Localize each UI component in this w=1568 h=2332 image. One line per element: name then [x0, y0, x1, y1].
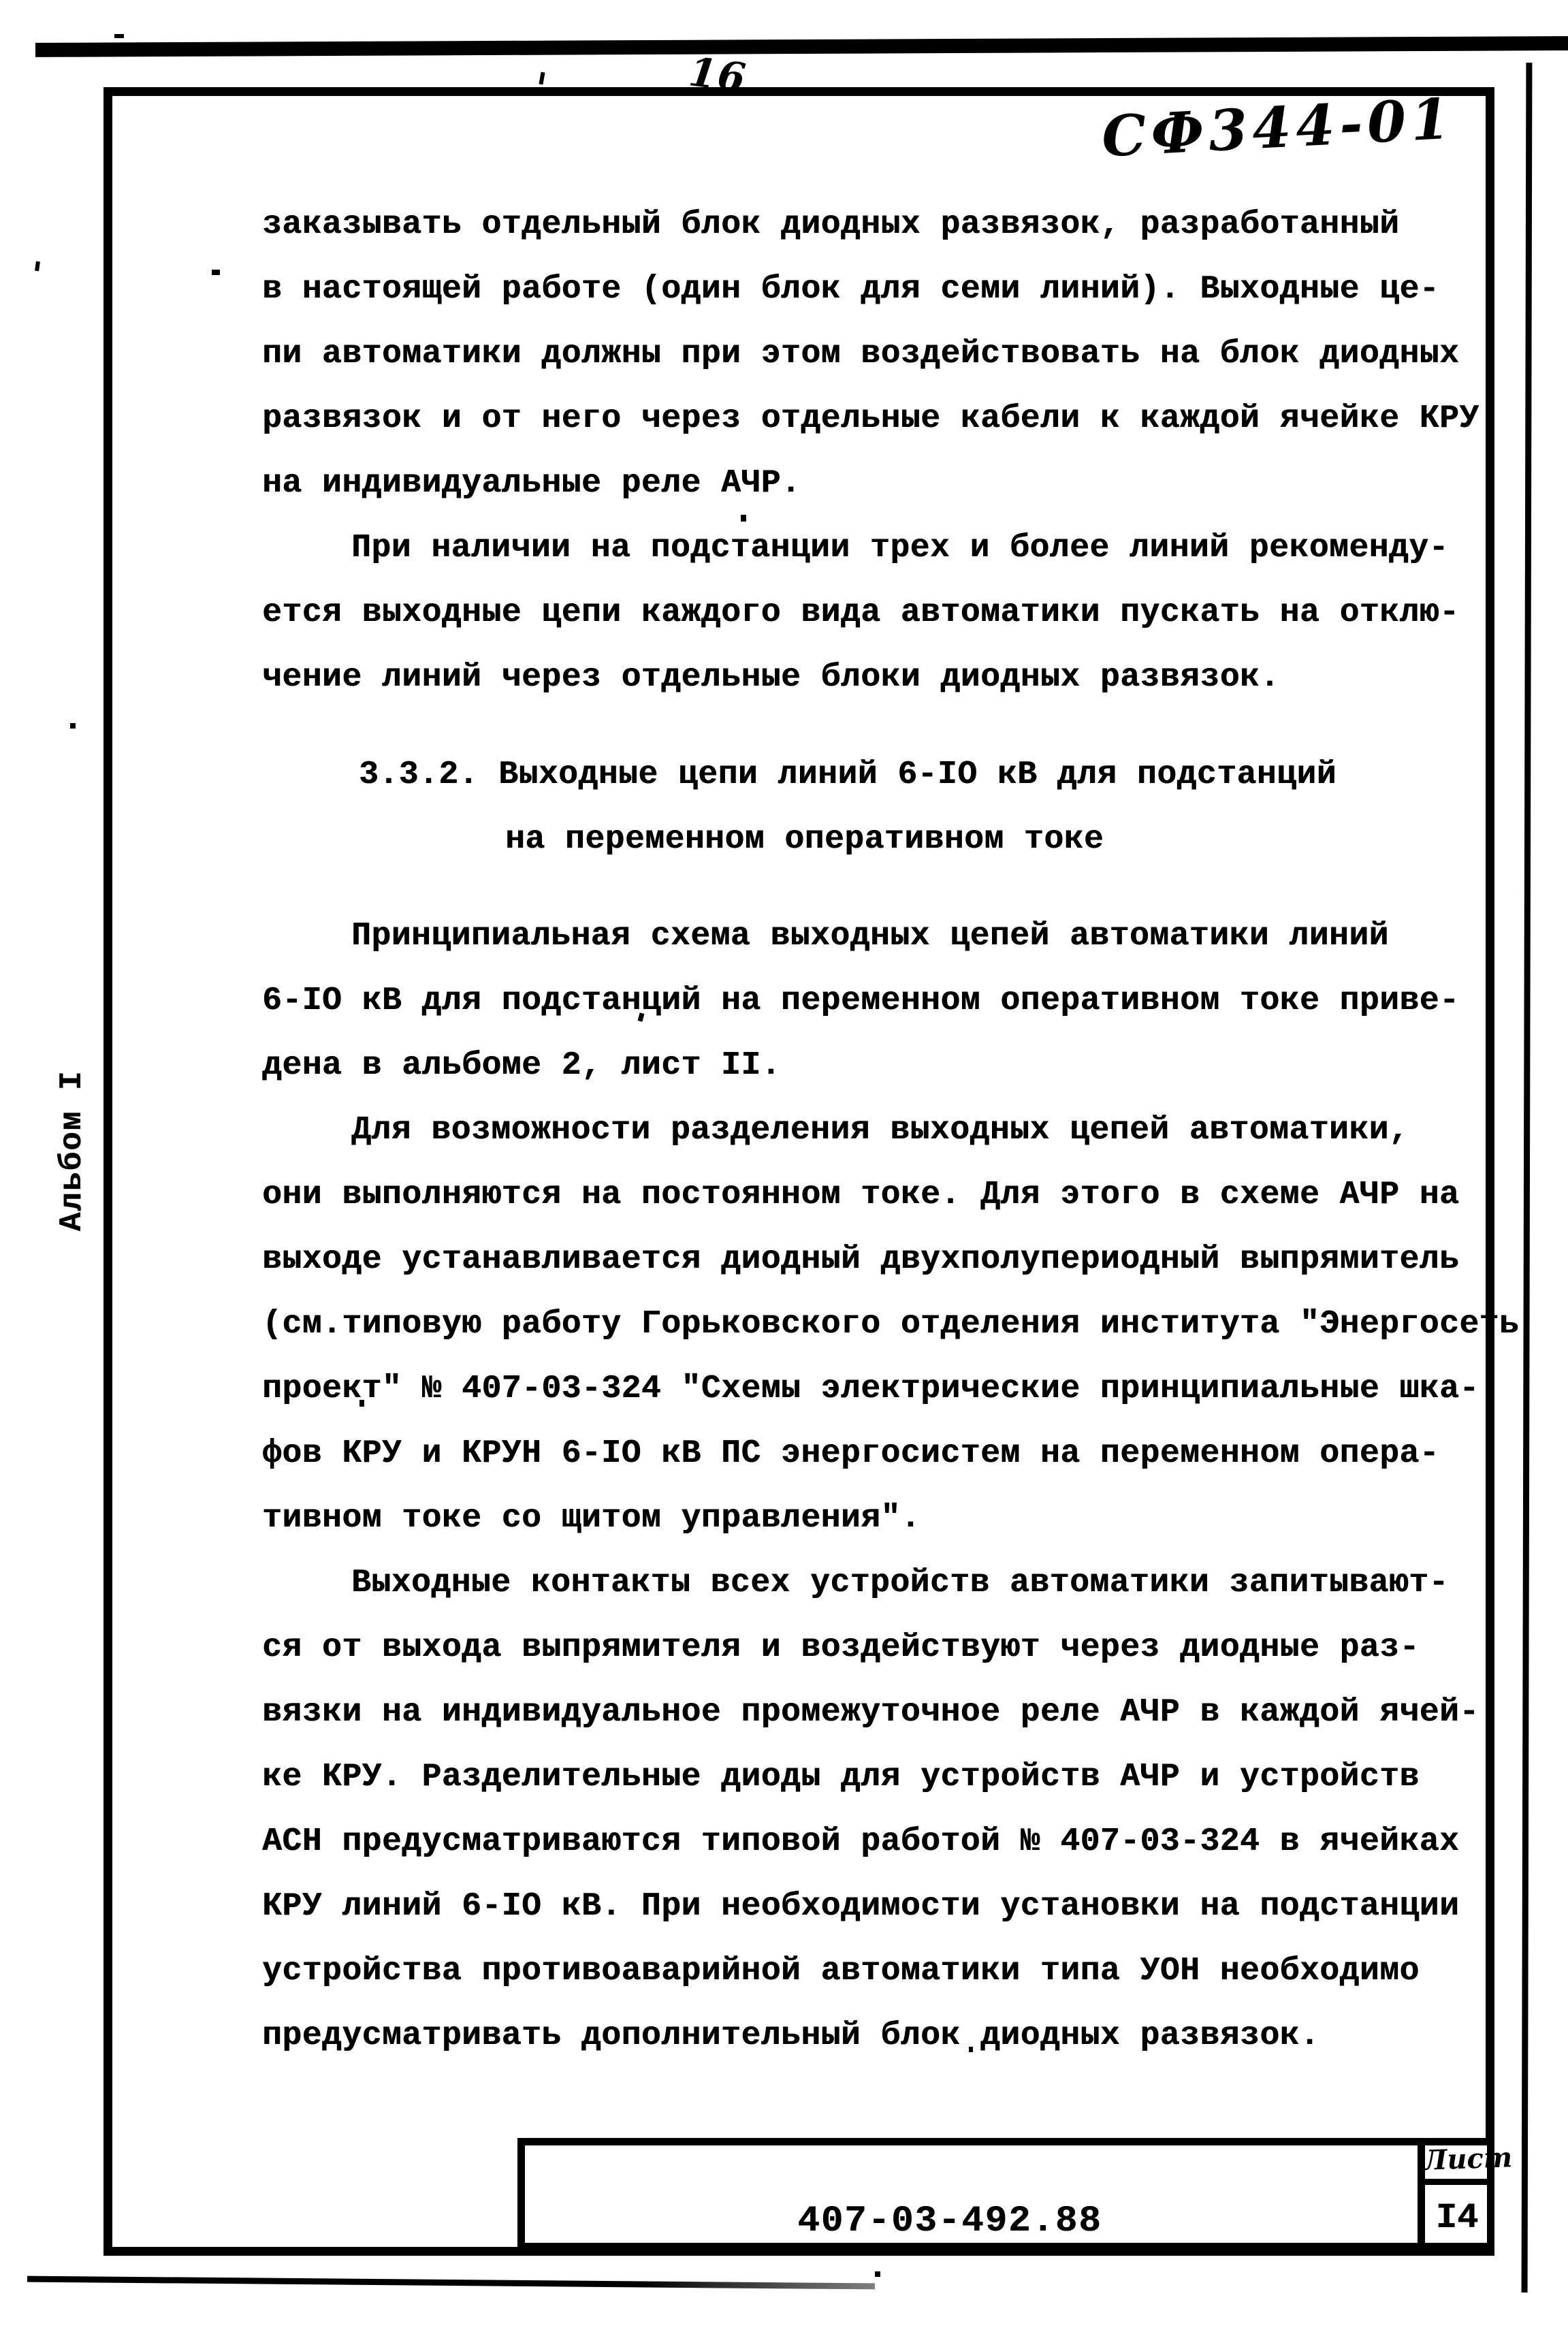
- text-line: в настоящей работе (один блок для семи л…: [262, 270, 1439, 309]
- text-line: Выходные контакты всех устройств автомат…: [351, 1563, 1449, 1603]
- text-line: ется выходные цепи каждого вида автомати…: [262, 593, 1459, 633]
- scan-speck: [114, 34, 124, 38]
- scan-artifact-right-line: [1522, 63, 1533, 2293]
- text-line: ся от выхода выпрямителя и воздействуют …: [262, 1628, 1420, 1667]
- sheet-number: I4: [1423, 2198, 1491, 2238]
- text-line: предусматривать дополнительный блок диод…: [262, 2016, 1319, 2056]
- text-line: заказывать отдельный блок диодных развяз…: [262, 205, 1399, 244]
- text-line: вязки на индивидуальное промежуточное ре…: [262, 1693, 1479, 1732]
- document-number: 407-03-492.88: [783, 2201, 1117, 2242]
- text-line: пи автоматики должны при этом воздейство…: [262, 334, 1459, 374]
- text-line: развязок и от него через отдельные кабел…: [262, 399, 1479, 438]
- text-line: на переменном оперативном токе: [505, 820, 1104, 859]
- text-line: Принципиальная схема выходных цепей авто…: [351, 916, 1389, 956]
- text-line: дена в альбоме 2, лист II.: [262, 1046, 781, 1085]
- text-line: выходе устанавливается диодный двухполуп…: [262, 1240, 1459, 1279]
- text-line: устройства противоаварийной автоматики т…: [262, 1951, 1420, 1991]
- text-line: 6-IO кВ для подстанций на переменном опе…: [262, 981, 1459, 1021]
- text-line: фов КРУ и КРУН 6-IO кВ ПС энергосистем н…: [262, 1434, 1439, 1473]
- text-line: КРУ линий 6-IO кВ. При необходимости уст…: [262, 1887, 1459, 1926]
- scan-speck: [741, 515, 746, 522]
- scanned-document-page: 16 СФ344-01 Альбом I заказывать отдельны…: [0, 0, 1568, 2332]
- text-line: они выполняются на постоянном токе. Для …: [262, 1175, 1459, 1215]
- scan-speck: [875, 2271, 880, 2277]
- scan-speck: [70, 723, 76, 729]
- text-line: чение линий через отдельные блоки диодны…: [262, 658, 1280, 697]
- text-line: Для возможности разделения выходных цепе…: [351, 1111, 1409, 1150]
- sheet-cell-divider: [1420, 2179, 1494, 2185]
- text-line: АСН предусматриваются типовой работой № …: [262, 1822, 1459, 1862]
- sheet-label: Лист: [1422, 2142, 1492, 2176]
- scan-speck: [539, 72, 545, 85]
- album-label: Альбом I: [54, 1070, 90, 1232]
- scan-artifact-bottom-line: [27, 2276, 875, 2290]
- text-line: проект" № 407-03-324 "Схемы электрически…: [262, 1369, 1479, 1409]
- text-line: При наличии на подстанции трех и более л…: [351, 528, 1449, 568]
- text-line: тивном токе со щитом управления".: [262, 1499, 921, 1538]
- scan-speck: [35, 261, 40, 272]
- handwritten-page-number: 16: [686, 48, 749, 101]
- text-line: на индивидуальные реле АЧР.: [262, 464, 801, 503]
- text-line: 3.3.2. Выходные цепи линий 6-IO кВ для п…: [359, 755, 1337, 795]
- scan-speck: [212, 270, 220, 275]
- text-line: (см.типовую работу Горьковского отделени…: [262, 1305, 1519, 1344]
- scan-artifact-top-bar: [35, 36, 1568, 57]
- text-line: ке КРУ. Разделительные диоды для устройс…: [262, 1757, 1420, 1797]
